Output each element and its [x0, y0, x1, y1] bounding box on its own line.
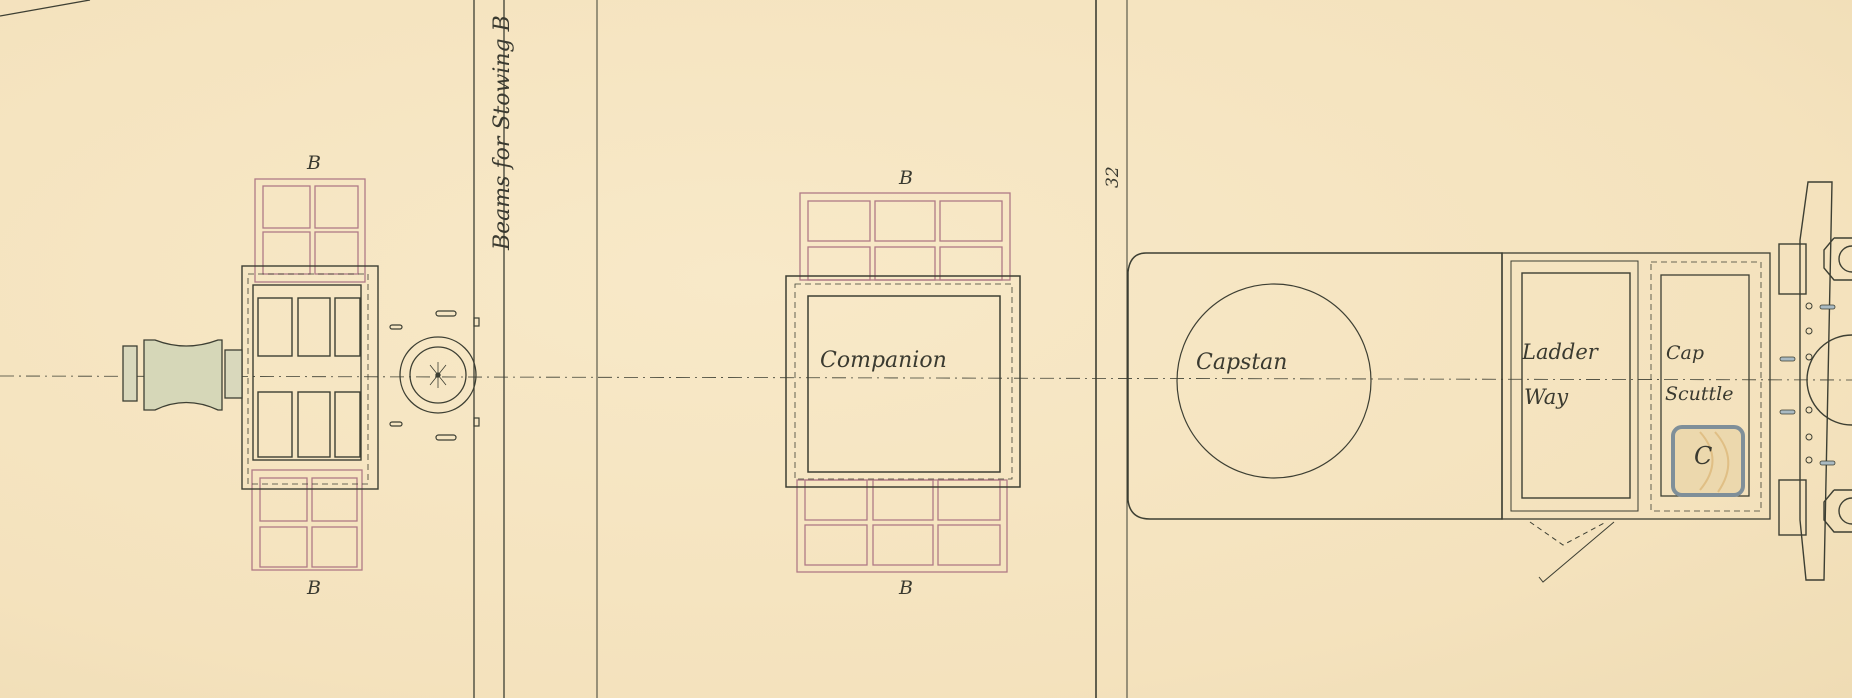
way-label: Way: [1524, 385, 1568, 409]
diagonal-line: [0, 0, 90, 16]
b-bottom-mid-label: B: [899, 577, 913, 599]
scuttle-hinge: [1530, 522, 1614, 582]
b-top-mid-label: B: [899, 167, 913, 189]
cap-label: Cap: [1666, 342, 1704, 364]
ladder-label: Ladder: [1522, 340, 1598, 364]
c-label: C: [1694, 442, 1712, 470]
station-mark-label: 32: [1103, 166, 1123, 188]
b-top-left-label: B: [307, 152, 321, 174]
windlass-barrel: [123, 340, 242, 410]
beams-for-stowing-label: Beams for Stowing B: [490, 15, 515, 250]
b-bottom-left-label: B: [307, 577, 321, 599]
right-bitts: [1779, 182, 1852, 580]
companion-label: Companion: [820, 348, 947, 373]
capstan-label: Capstan: [1196, 350, 1287, 375]
pump-wheel: [400, 337, 476, 413]
companion-hatch: [786, 193, 1020, 572]
capstan-platform: [1128, 253, 1502, 519]
left-hatch: [242, 179, 378, 570]
centerline: [0, 376, 1852, 380]
scuttle-label: Scuttle: [1665, 383, 1734, 405]
drawing-sheet: Beams for Stowing B 32 B B B B Companion…: [0, 0, 1852, 698]
